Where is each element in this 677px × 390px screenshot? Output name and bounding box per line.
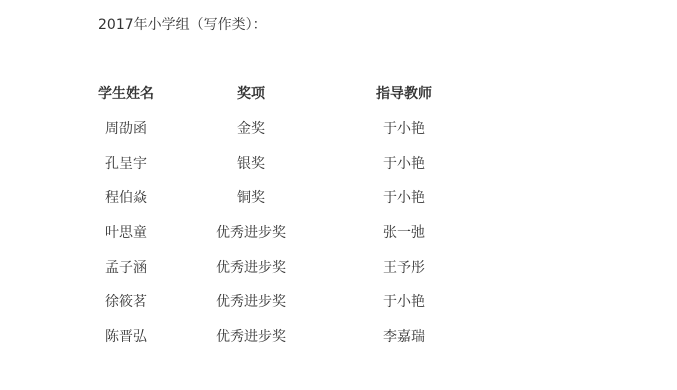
- cell-teacher: 于小艳: [332, 284, 476, 319]
- table-row: 程伯焱 铜奖 于小艳: [82, 180, 476, 215]
- award-table: 学生姓名 奖项 指导教师 周劭函 金奖 于小艳 孔呈宇 银奖 于小艳 程伯焱 铜…: [82, 76, 476, 354]
- cell-teacher: 于小艳: [332, 145, 476, 180]
- cell-student-name: 周劭函: [82, 111, 170, 146]
- cell-student-name: 陈晋弘: [82, 319, 170, 354]
- section-heading: 2017年小学组（写作类）：: [98, 14, 267, 34]
- cell-student-name: 程伯焱: [82, 180, 170, 215]
- cell-student-name: 孔呈宇: [82, 145, 170, 180]
- header-teacher: 指导教师: [332, 76, 476, 111]
- cell-award: 银奖: [170, 145, 332, 180]
- cell-teacher: 王予彤: [332, 249, 476, 284]
- cell-award: 优秀进步奖: [170, 284, 332, 319]
- table-row: 叶思童 优秀进步奖 张一弛: [82, 215, 476, 250]
- cell-teacher: 于小艳: [332, 111, 476, 146]
- cell-award: 铜奖: [170, 180, 332, 215]
- table-row: 周劭函 金奖 于小艳: [82, 111, 476, 146]
- cell-teacher: 于小艳: [332, 180, 476, 215]
- table-header-row: 学生姓名 奖项 指导教师: [82, 76, 476, 111]
- header-student-name: 学生姓名: [82, 76, 170, 111]
- cell-student-name: 徐筱茗: [82, 284, 170, 319]
- cell-teacher: 张一弛: [332, 215, 476, 250]
- cell-award: 优秀进步奖: [170, 215, 332, 250]
- table-row: 孟子涵 优秀进步奖 王予彤: [82, 249, 476, 284]
- cell-award: 优秀进步奖: [170, 319, 332, 354]
- cell-teacher: 李嘉瑞: [332, 319, 476, 354]
- table-row: 孔呈宇 银奖 于小艳: [82, 145, 476, 180]
- cell-student-name: 叶思童: [82, 215, 170, 250]
- table-row: 徐筱茗 优秀进步奖 于小艳: [82, 284, 476, 319]
- header-award: 奖项: [170, 76, 332, 111]
- cell-award: 金奖: [170, 111, 332, 146]
- cell-student-name: 孟子涵: [82, 249, 170, 284]
- table-row: 陈晋弘 优秀进步奖 李嘉瑞: [82, 319, 476, 354]
- cell-award: 优秀进步奖: [170, 249, 332, 284]
